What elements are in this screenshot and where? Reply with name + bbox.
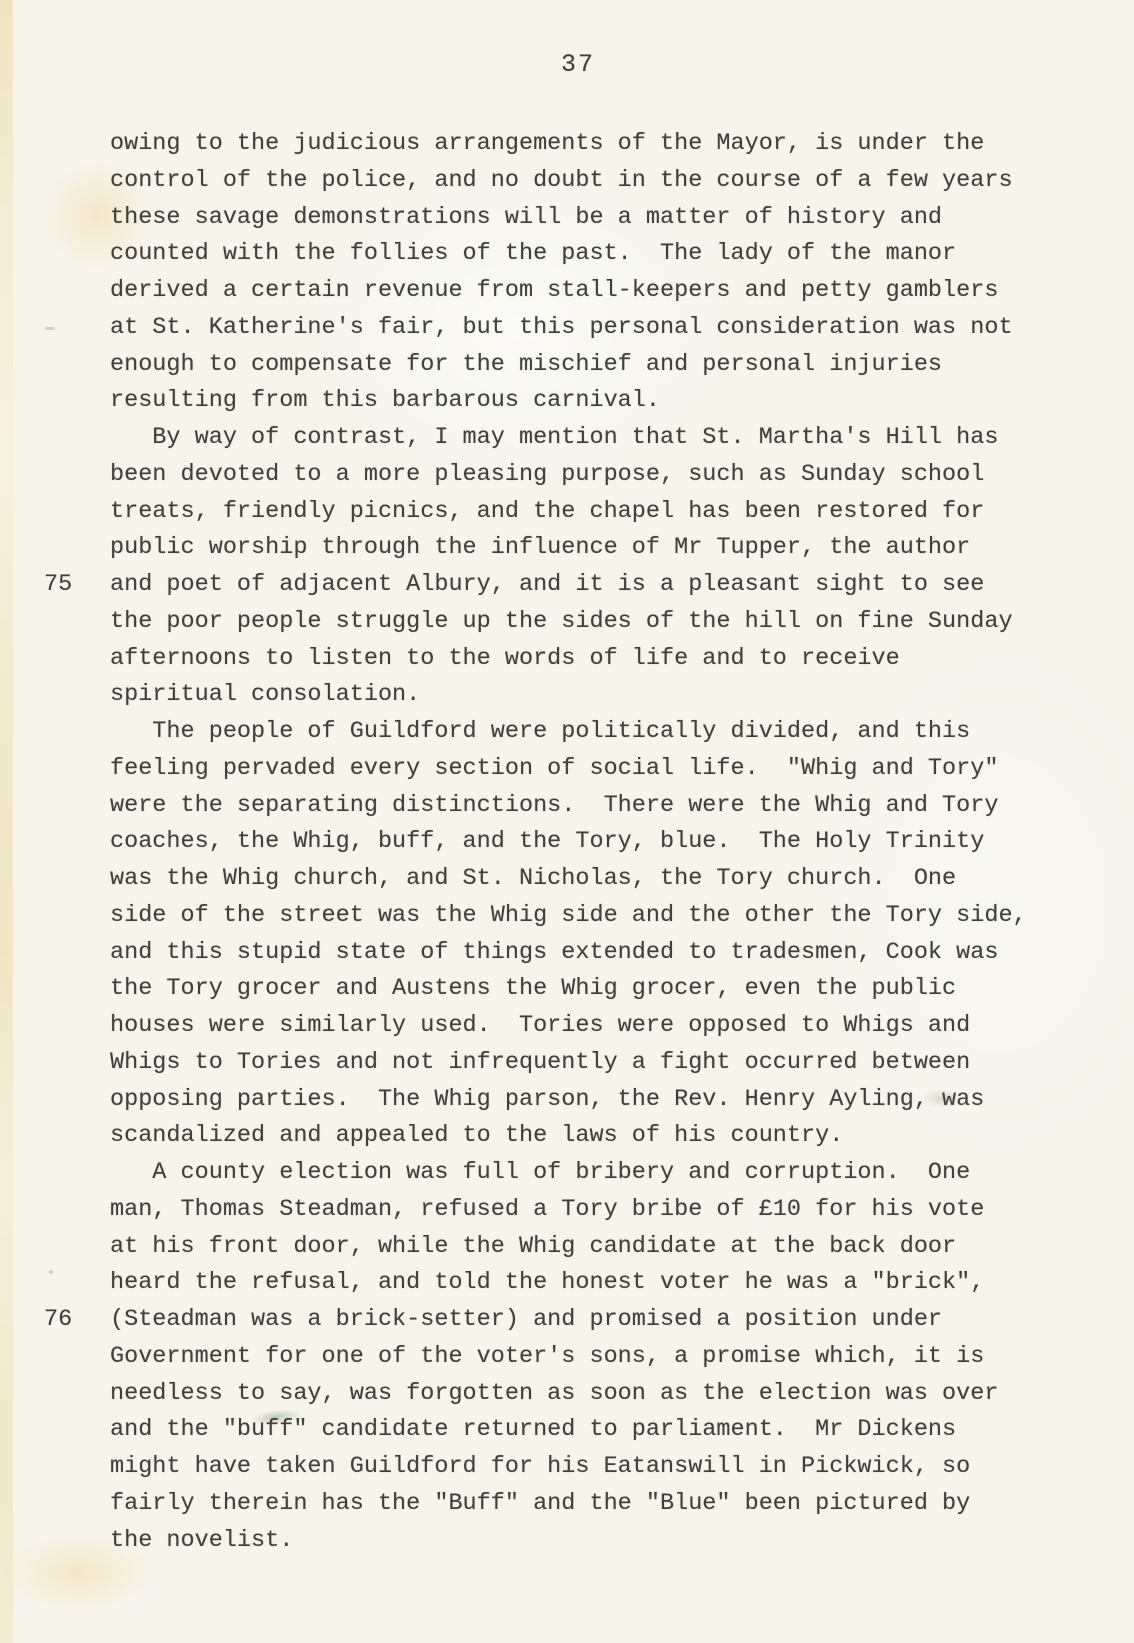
text-line: treats, friendly picnics, and the chapel… [110,494,1027,531]
text-line-content: and the "buff" candidate returned to par… [110,1416,956,1443]
text-line-content: at his front door, while the Whig candid… [110,1233,956,1260]
text-line-content: needless to say, was forgotten as soon a… [110,1380,998,1407]
text-line: scandalized and appealed to the laws of … [110,1118,1027,1155]
text-line: derived a certain revenue from stall-kee… [110,273,1027,310]
text-line: owing to the judicious arrangements of t… [110,126,1027,163]
text-body: owing to the judicious arrangements of t… [110,126,1027,1559]
scanned-page: { "page": { "number": "37", "colors": { … [0,0,1134,1643]
text-line-content: might have taken Guildford for his Eatan… [110,1453,970,1480]
text-line-content: feeling pervaded every section of social… [110,755,998,782]
text-line: counted with the follies of the past. Th… [110,236,1027,273]
text-line-content: been devoted to a more pleasing purpose,… [110,461,984,488]
text-line: public worship through the influence of … [110,530,1027,567]
text-line-content: the poor people struggle up the sides of… [110,608,1013,635]
text-line: By way of contrast, I may mention that S… [110,420,1027,457]
text-line: man, Thomas Steadman, refused a Tory bri… [110,1192,1027,1229]
page-number: 37 [561,50,595,79]
text-line: enough to compensate for the mischief an… [110,347,1027,384]
margin-line-number: 75 [44,567,72,604]
text-line: afternoons to listen to the words of lif… [110,641,1027,678]
text-line-content: The people of Guildford were politically… [110,718,970,745]
text-line-content: (Steadman was a brick-setter) and promis… [110,1306,942,1333]
text-line: coaches, the Whig, buff, and the Tory, b… [110,824,1027,861]
text-line: needless to say, was forgotten as soon a… [110,1376,1027,1413]
text-line-content: these savage demonstrations will be a ma… [110,204,942,231]
paragraph: By way of contrast, I may mention that S… [110,420,1027,714]
text-line: A county election was full of bribery an… [110,1155,1027,1192]
text-line-content: scandalized and appealed to the laws of … [110,1122,843,1149]
text-line-content: houses were similarly used. Tories were … [110,1012,970,1039]
text-line-content: treats, friendly picnics, and the chapel… [110,498,984,525]
text-line-content: A county election was full of bribery an… [110,1159,970,1186]
text-line-content: side of the street was the Whig side and… [110,902,1027,929]
text-line: at St. Katherine's fair, but this person… [110,310,1027,347]
paper-speck [45,327,55,330]
text-line: spiritual consolation. [110,677,1027,714]
text-line-content: Government for one of the voter's sons, … [110,1343,984,1370]
text-line: houses were similarly used. Tories were … [110,1008,1027,1045]
text-line-content: man, Thomas Steadman, refused a Tory bri… [110,1196,984,1223]
text-line: control of the police, and no doubt in t… [110,163,1027,200]
text-line-content: afternoons to listen to the words of lif… [110,645,900,672]
text-line: and poet of adjacent Albury, and it is a… [110,567,1027,604]
text-line: and this stupid state of things extended… [110,935,1027,972]
text-line-content: the novelist. [110,1527,293,1554]
text-line: these savage demonstrations will be a ma… [110,200,1027,237]
text-line-content: fairly therein has the "Buff" and the "B… [110,1490,970,1517]
text-line-content: was the Whig church, and St. Nicholas, t… [110,865,956,892]
text-line-content: owing to the judicious arrangements of t… [110,130,984,157]
text-line: resulting from this barbarous carnival. [110,383,1027,420]
paper-speck [49,1270,53,1274]
text-line-content: By way of contrast, I may mention that S… [110,424,998,451]
text-line: might have taken Guildford for his Eatan… [110,1449,1027,1486]
yellowed-page-edge [0,0,13,1643]
text-line-content: counted with the follies of the past. Th… [110,240,956,267]
paragraph: The people of Guildford were politically… [110,714,1027,1155]
text-line: Government for one of the voter's sons, … [110,1339,1027,1376]
text-line-content: spiritual consolation. [110,681,420,708]
text-line: side of the street was the Whig side and… [110,898,1027,935]
paragraph: A county election was full of bribery an… [110,1155,1027,1559]
text-line: been devoted to a more pleasing purpose,… [110,457,1027,494]
text-line-content: opposing parties. The Whig parson, the R… [110,1086,984,1113]
text-line-content: control of the police, and no doubt in t… [110,167,1013,194]
text-line: the novelist. [110,1523,1027,1560]
text-line-content: the Tory grocer and Austens the Whig gro… [110,975,956,1002]
paragraph: owing to the judicious arrangements of t… [110,126,1027,420]
text-line-content: heard the refusal, and told the honest v… [110,1269,984,1296]
text-line-content: were the separating distinctions. There … [110,792,998,819]
text-line: feeling pervaded every section of social… [110,751,1027,788]
text-line: fairly therein has the "Buff" and the "B… [110,1486,1027,1523]
text-line: was the Whig church, and St. Nicholas, t… [110,861,1027,898]
text-line-content: derived a certain revenue from stall-kee… [110,277,998,304]
text-line: heard the refusal, and told the honest v… [110,1265,1027,1302]
text-line-content: resulting from this barbarous carnival. [110,387,660,414]
text-line: Whigs to Tories and not infrequently a f… [110,1045,1027,1082]
text-line-content: public worship through the influence of … [110,534,970,561]
text-line: were the separating distinctions. There … [110,788,1027,825]
text-line-content: and this stupid state of things extended… [110,939,998,966]
text-line-content: and poet of adjacent Albury, and it is a… [110,571,984,598]
text-line: and the "buff" candidate returned to par… [110,1412,1027,1449]
text-line: The people of Guildford were politically… [110,714,1027,751]
text-line: at his front door, while the Whig candid… [110,1229,1027,1266]
text-line-content: enough to compensate for the mischief an… [110,351,942,378]
text-line-content: at St. Katherine's fair, but this person… [110,314,1013,341]
text-line: (Steadman was a brick-setter) and promis… [110,1302,1027,1339]
text-line: the Tory grocer and Austens the Whig gro… [110,971,1027,1008]
text-line: opposing parties. The Whig parson, the R… [110,1082,1027,1119]
text-line-content: coaches, the Whig, buff, and the Tory, b… [110,828,984,855]
text-line: the poor people struggle up the sides of… [110,604,1027,641]
margin-line-number: 76 [44,1302,72,1339]
text-line-content: Whigs to Tories and not infrequently a f… [110,1049,970,1076]
